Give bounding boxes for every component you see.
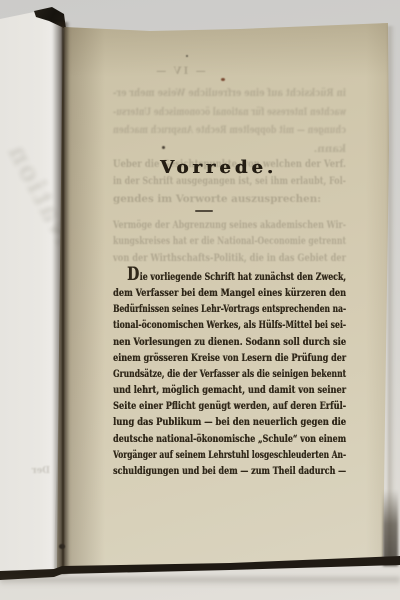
title-divider-rule bbox=[195, 210, 213, 212]
body-line: dem Verfasser bei dem Mangel eines kürze… bbox=[113, 285, 346, 301]
body-line: tional-öconomischen Werkes, als Hülfs-Mi… bbox=[113, 317, 346, 333]
showthrough-lower-block: Vermöge der Abgrenzung seines akademisch… bbox=[113, 217, 346, 266]
body-line: einem grösseren Kreise von Lesern die Pr… bbox=[113, 350, 346, 366]
book-cast-shadow bbox=[0, 577, 400, 586]
page-edge-shadow bbox=[388, 26, 395, 564]
body-line: schuldigungen und bei dem — zum Theil da… bbox=[113, 463, 346, 479]
book-photo: Nation Der — IV — in Rücksicht auf eine … bbox=[0, 0, 400, 600]
showthrough-line: in Rücksicht auf eine erfreuliche Weise … bbox=[113, 84, 346, 103]
body-line: und lehrt, möglich gemacht, und damit vo… bbox=[113, 382, 346, 398]
preface-paragraph: Die vorliegende Schrift hat zunächst den… bbox=[113, 269, 346, 479]
preface-title: Vorrede. bbox=[160, 157, 260, 178]
page-gutter-shadow bbox=[52, 22, 70, 574]
body-line: lung das Publikum — bei den neuerlich ge… bbox=[113, 414, 346, 430]
fore-edge-shadow bbox=[383, 490, 398, 566]
body-line: Bedürfnissen seines Lehr-Vortrags entspr… bbox=[113, 301, 346, 317]
showthrough-line: wachten Interesse für national öconomisc… bbox=[113, 103, 346, 122]
body-line: Seite einer Pflicht genügt werden, auf d… bbox=[113, 398, 346, 414]
gutter-nick bbox=[59, 544, 65, 549]
showthrough-line: von der Wirthschafts-Politik, die in das… bbox=[113, 250, 346, 266]
page-top-shadow bbox=[57, 22, 390, 77]
showthrough-upper-block: in Rücksicht auf eine erfreuliche Weise … bbox=[113, 84, 346, 159]
paper-speck bbox=[186, 55, 188, 57]
showthrough-line: chungen — mit doppeltem Rechte Anspruch … bbox=[113, 121, 346, 140]
page-right-shadow bbox=[366, 22, 390, 567]
page-gutter-line bbox=[62, 26, 64, 570]
showthrough-line: Vermöge der Abgrenzung seines akademisch… bbox=[113, 217, 346, 233]
body-line: Vorgänger auf seinem Lehrstuhl losgeschl… bbox=[113, 447, 346, 463]
showthrough-line: kungskreises hat er die National-Oeconom… bbox=[113, 233, 346, 249]
paper-speck bbox=[221, 78, 225, 81]
body-line: Die vorliegende Schrift hat zunächst den… bbox=[113, 269, 346, 285]
body-line: deutsche national-ökonomische „Schule“ v… bbox=[113, 431, 346, 447]
paper-speck bbox=[162, 146, 165, 149]
showthrough-line: gendes im Vorworte auszusprechen: bbox=[113, 191, 321, 208]
body-line: nen Vorlesungen zu dienen. Sodann soll d… bbox=[113, 334, 346, 350]
showthrough-leaf-note: Der bbox=[6, 466, 50, 476]
body-line: Grundsätze, die der Verfasser als die se… bbox=[113, 366, 346, 382]
showthrough-page-number: — IV — bbox=[148, 66, 212, 77]
